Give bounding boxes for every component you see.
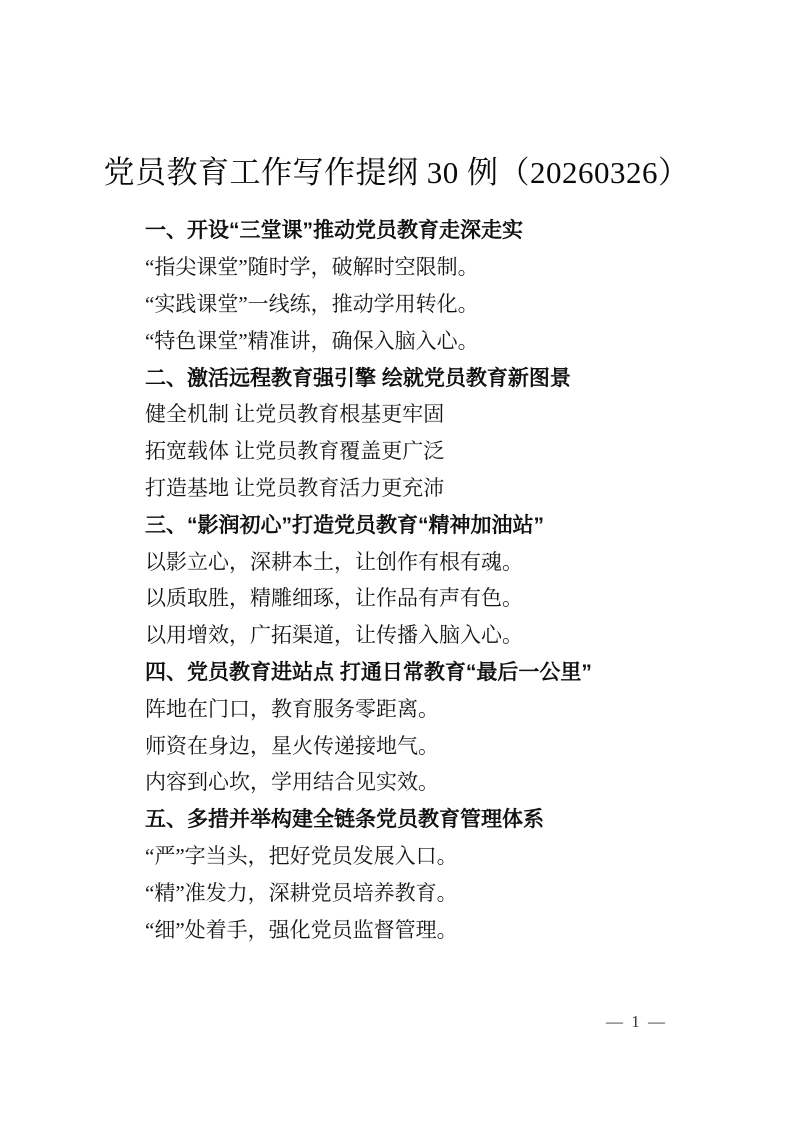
- outline-line: 阵地在门口，教育服务零距离。: [145, 689, 665, 726]
- outline-line: “指尖课堂”随时学，破解时空限制。: [145, 248, 665, 285]
- section-5-heading: 五、多措并举构建全链条党员教育管理体系: [145, 800, 665, 837]
- outline-line: “精”准发力，深耕党员培养教育。: [145, 873, 665, 910]
- outline-line: “细”处着手，强化党员监督管理。: [145, 910, 665, 947]
- section-3-heading: 三、“影润初心”打造党员教育“精神加油站”: [145, 505, 665, 542]
- outline-line: “特色课堂”精准讲，确保入脑入心。: [145, 321, 665, 358]
- page-title: 党员教育工作写作提纲 30 例（20260326）: [0, 147, 793, 192]
- section-2-heading: 二、激活远程教育强引擎 绘就党员教育新图景: [145, 358, 665, 395]
- section-1-heading: 一、开设“三堂课”推动党员教育走深走实: [145, 211, 665, 248]
- outline-line: 以影立心，深耕本土，让创作有根有魂。: [145, 542, 665, 579]
- outline-line: 拓宽载体 让党员教育覆盖更广泛: [145, 432, 665, 469]
- outline-line: 师资在身边，星火传递接地气。: [145, 726, 665, 763]
- outline-line: 以用增效，广拓渠道，让传播入脑入心。: [145, 616, 665, 653]
- outline-line: 以质取胜，精雕细琢，让作品有声有色。: [145, 579, 665, 616]
- document-body: 一、开设“三堂课”推动党员教育走深走实 “指尖课堂”随时学，破解时空限制。 “实…: [145, 211, 665, 947]
- outline-line: 打造基地 让党员教育活力更充沛: [145, 469, 665, 506]
- section-4-heading: 四、党员教育进站点 打通日常教育“最后一公里”: [145, 653, 665, 690]
- outline-line: “严”字当头，把好党员发展入口。: [145, 837, 665, 874]
- page-number: — 1 —: [606, 1012, 667, 1032]
- outline-line: 内容到心坎，学用结合见实效。: [145, 763, 665, 800]
- document-page: 党员教育工作写作提纲 30 例（20260326） 一、开设“三堂课”推动党员教…: [0, 0, 793, 1122]
- outline-line: “实践课堂”一线练，推动学用转化。: [145, 285, 665, 322]
- outline-line: 健全机制 让党员教育根基更牢固: [145, 395, 665, 432]
